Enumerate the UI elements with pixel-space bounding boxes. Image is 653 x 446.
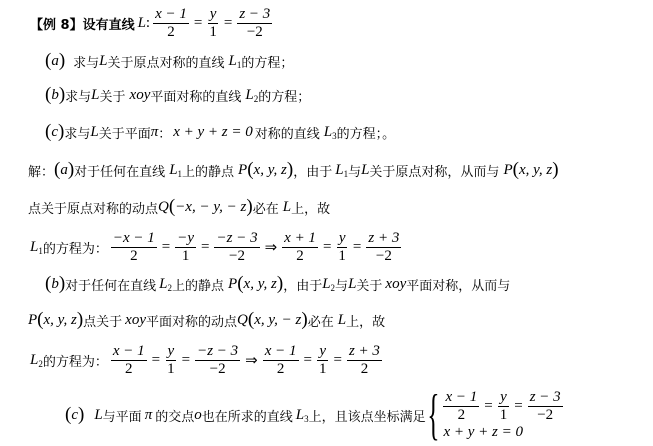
fraction: x − 12 [443, 389, 479, 424]
fraction: y1 [165, 343, 177, 378]
fraction: z − 3−2 [528, 389, 563, 424]
solution-c: (c) L 与平面 π 的交点 o 也在所求的直线 L3 上，且该点坐标满足 {… [65, 386, 566, 444]
question-c: (c) 求与 L 关于平面 π ： x + y + z = 0 对称的直线 L3… [45, 121, 395, 143]
equation-system: x − 12 = y1 = z − 3−2 x + y + z = 0 [440, 389, 565, 441]
left-brace: { [427, 387, 439, 443]
fraction: z + 32 [347, 343, 382, 378]
fraction: x − 12 [263, 343, 299, 378]
fraction: y1 [498, 389, 510, 424]
implies-arrow: ⇒ [245, 351, 258, 370]
line-name: L [138, 15, 146, 32]
fraction: −x − 12 [111, 230, 157, 265]
fraction: x + 12 [282, 230, 318, 265]
fraction: −z − 3−2 [214, 230, 259, 265]
question-b: (b) 求与 L 关于 xoy 平面对称的直线 L2 的方程； [45, 84, 310, 106]
fraction: z − 3−2 [237, 6, 272, 41]
question-a: (a) 求与 L 关于原点对称的直线 L1 的方程； [45, 50, 293, 72]
solution-b-result: L2 的方程为： x − 12 = y1 = −z − 3−2 ⇒ x − 12… [30, 340, 385, 380]
example-title: 【例 8】设有直线 L : x − 12 = y1 = z − 3−2 [30, 2, 275, 44]
solution-a-line2: 点关于原点对称的动点 Q(−x, − y, − z) 必在 L 上，故 [28, 195, 330, 219]
fraction: x − 12 [111, 343, 147, 378]
example-label: 【例 8】设有直线 [30, 14, 135, 33]
solution-a-line1: 解： (a) 对于任何在直线 L1 上的静点 P(x, y, z) ，由于 L1… [28, 158, 559, 182]
fraction: x − 12 [153, 6, 189, 41]
solution-a-result: L1 的方程为： −x − 12 = −y1 = −z − 3−2 ⇒ x + … [30, 227, 404, 267]
fraction: y1 [336, 230, 348, 265]
fraction: −y1 [175, 230, 196, 265]
fraction: z + 3−2 [366, 230, 401, 265]
fraction: y1 [317, 343, 329, 378]
colon: : [146, 15, 150, 32]
solution-b-line2: P(x, y, z) 点关于 xoy 平面对称的动点 Q(x, y, − z) … [28, 308, 385, 332]
fraction: y1 [207, 6, 219, 41]
solution-b-line1: (b) 对于任何在直线 L2 上的静点 P(x, y, z) ，由于 L2 与 … [45, 272, 510, 296]
fraction: −z − 3−2 [195, 343, 240, 378]
implies-arrow: ⇒ [265, 238, 278, 257]
